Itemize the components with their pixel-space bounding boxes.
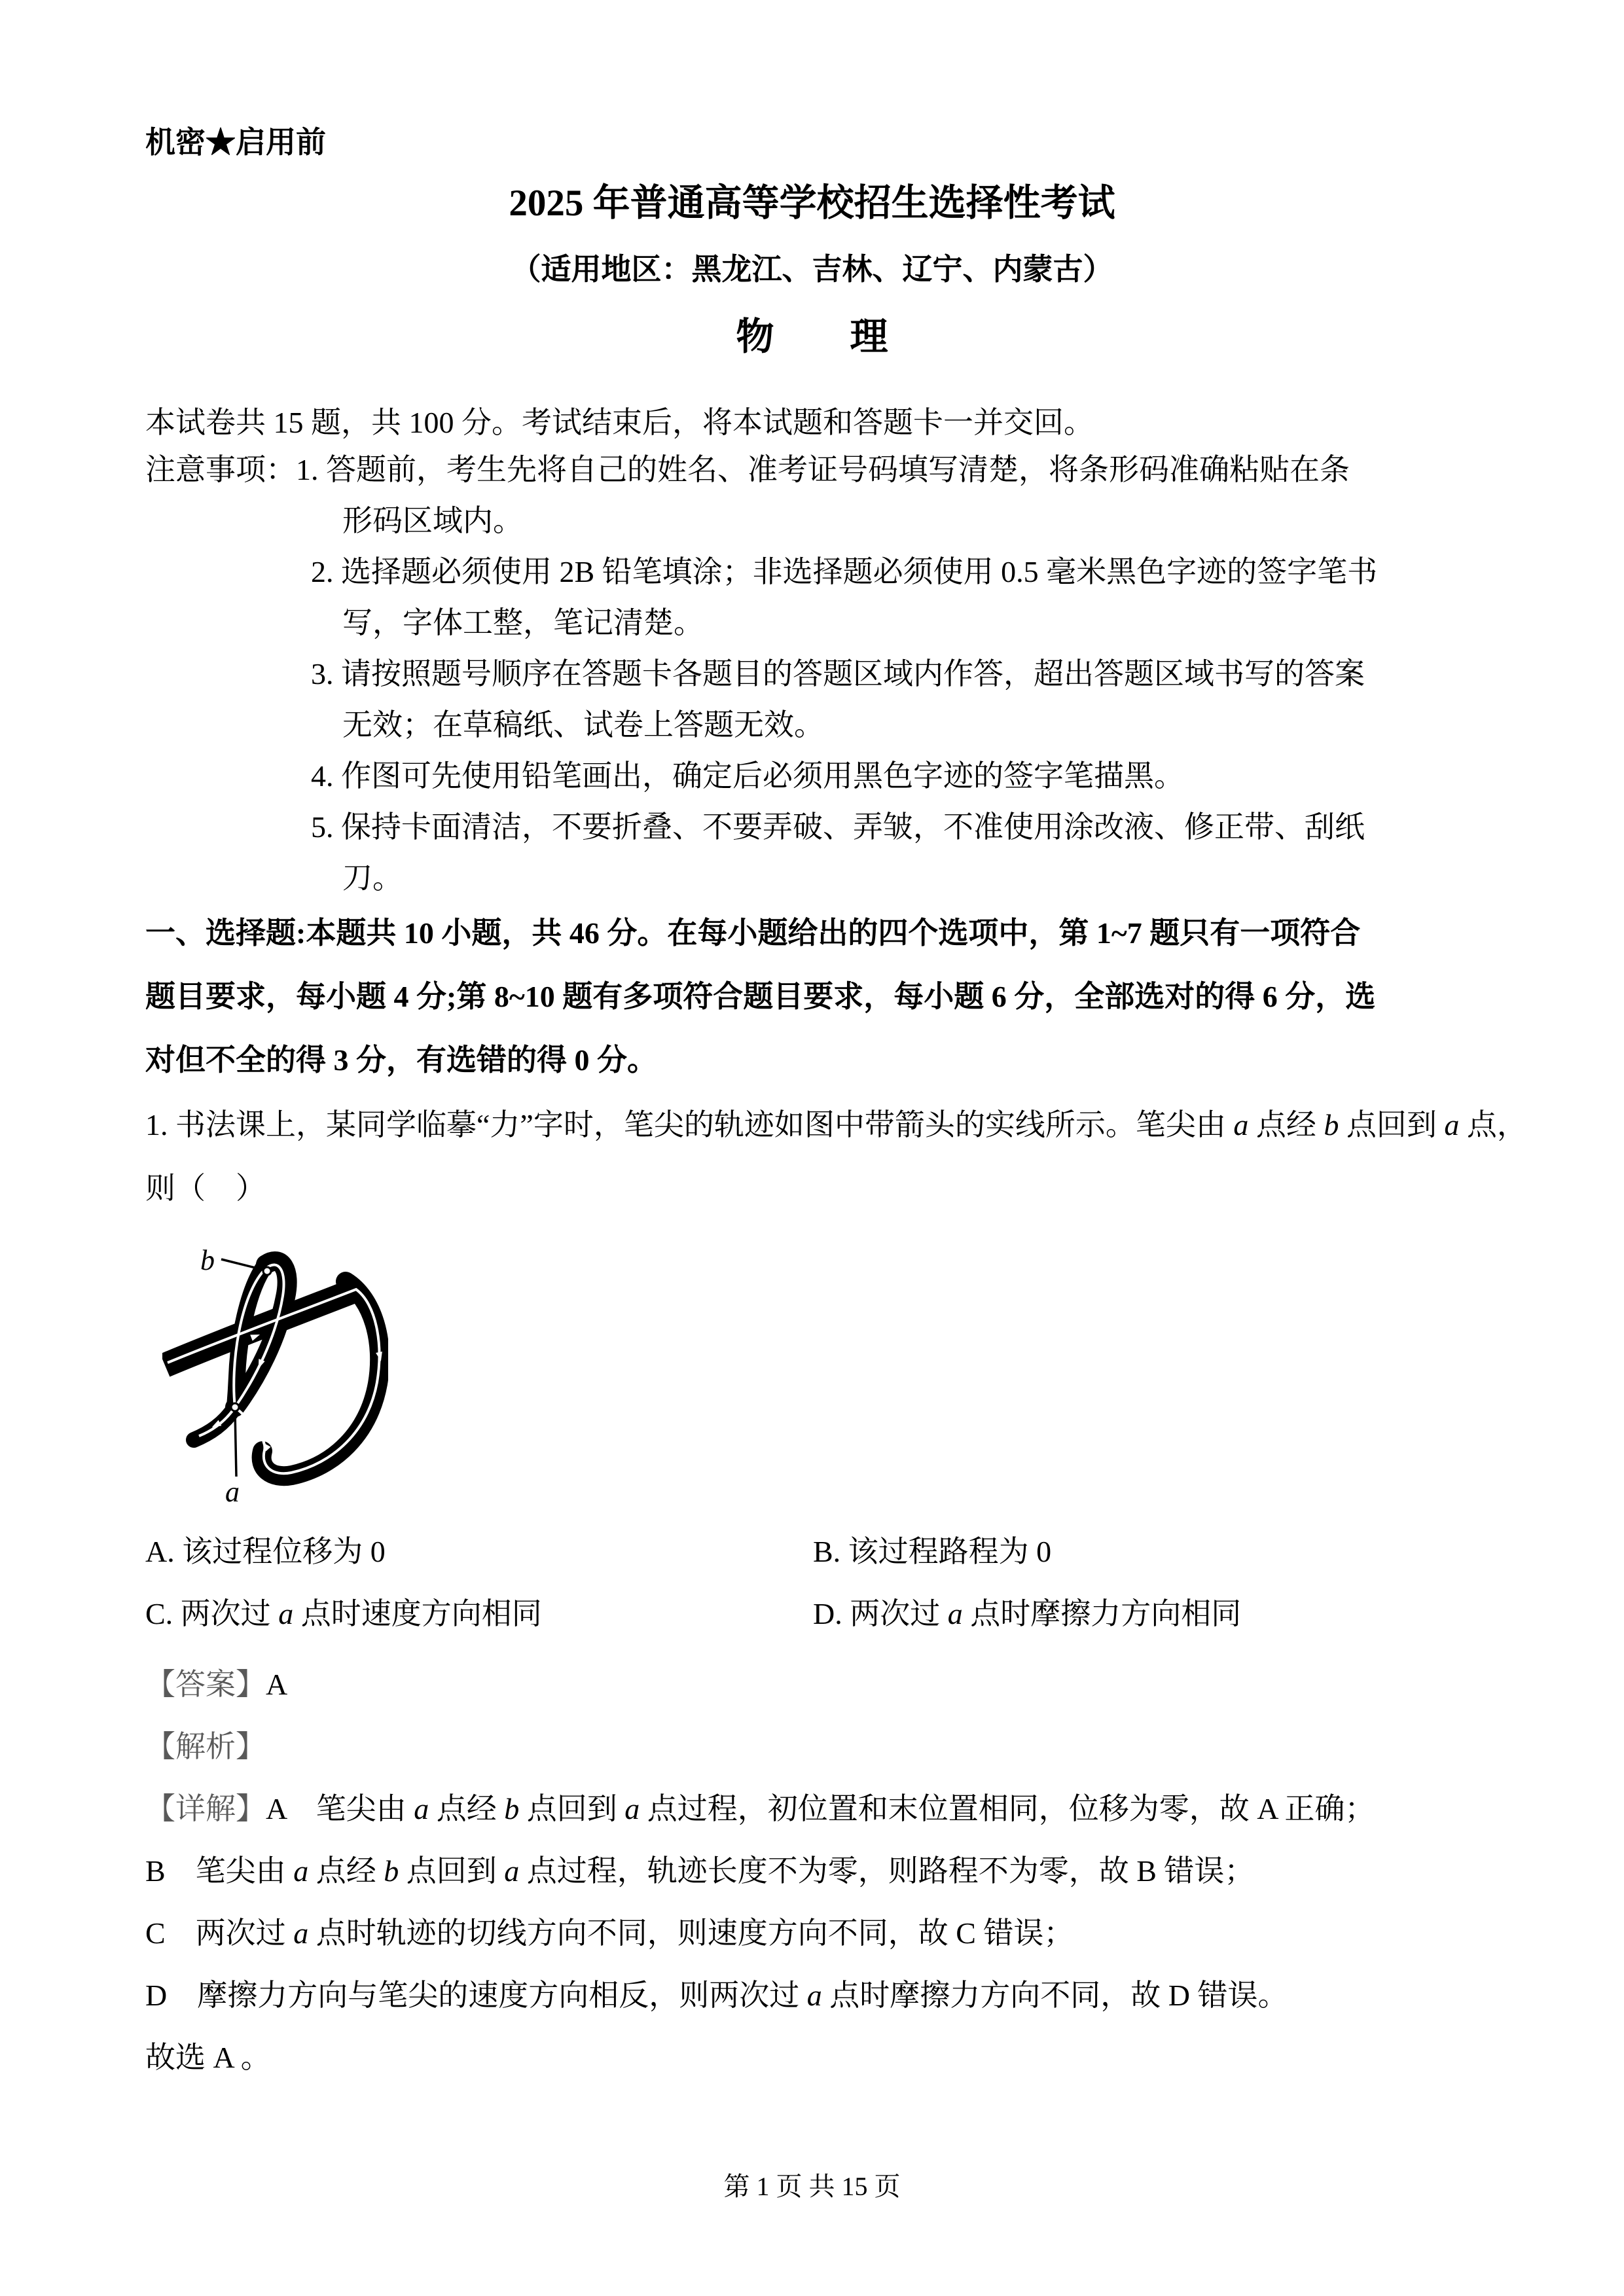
notice-line: 形码区域内。: [342, 504, 523, 539]
notice-line: 注意事项：1. 答题前，考生先将自己的姓名、准考证号码填写清楚，将条形码准确粘贴…: [145, 453, 1350, 488]
section-heading-line: 题目要求，每小题 4 分;第 8~10 题有多项符合题目要求，每小题 6 分，全…: [145, 980, 1375, 1014]
notice-line: 2. 选择题必须使用 2B 铅笔填涂；非选择题必须使用 0.5 毫米黑色字迹的签…: [311, 555, 1377, 590]
detail-line-b: B 笔尖由 a 点经 b 点回到 a 点过程，轨迹长度不为零，则路程不为零，故 …: [145, 1854, 1254, 1889]
analysis-line: 【解析】: [145, 1730, 266, 1765]
figure-label-b: b: [200, 1244, 215, 1276]
option-a: A. 该过程位移为 0: [145, 1535, 386, 1570]
li-character-figure: b a: [162, 1242, 388, 1504]
answer-label: 【答案】: [145, 1668, 266, 1701]
conclusion-line: 故选 A 。: [145, 2041, 271, 2075]
option-d: D. 两次过 a 点时摩擦力方向相同: [813, 1597, 1241, 1632]
section-heading-line: 对但不全的得 3 分，有选错的得 0 分。: [145, 1043, 657, 1078]
page-number: 第 1 页 共 15 页: [0, 2172, 1624, 2202]
detail-a-text: A 笔尖由 a 点经 b 点回到 a 点过程，初位置和末位置相同，位移为零，故 …: [266, 1792, 1375, 1825]
detail-line-a: 【详解】A 笔尖由 a 点经 b 点回到 a 点过程，初位置和末位置相同，位移为…: [145, 1792, 1375, 1827]
question-1-text: 1. 书法课上，某同学临摹“力”字时，笔尖的轨迹如图中带箭头的实线所示。笔尖由 …: [145, 1108, 1527, 1143]
classification-label: 机密★启用前: [145, 126, 326, 160]
notice-line: 3. 请按照题号顺序在答题卡各题目的答题区域内作答，超出答题区域书写的答案: [311, 657, 1365, 692]
subject-title: 物 理: [0, 315, 1624, 359]
answer-line: 【答案】A: [145, 1668, 287, 1702]
question-1-text-cont: 则（ ）: [145, 1172, 266, 1206]
detail-line-d: D 摩擦力方向与笔尖的速度方向相反，则两次过 a 点时摩擦力方向不同，故 D 错…: [145, 1979, 1288, 2013]
exam-paper-page: 机密★启用前 2025 年普通高等学校招生选择性考试 （适用地区：黑龙江、吉林、…: [0, 0, 1624, 2296]
figure-label-a: a: [225, 1476, 240, 1504]
detail-line-c: C 两次过 a 点时轨迹的切线方向不同，则速度方向不同，故 C 错误；: [145, 1916, 1074, 1951]
region-note: （适用地区：黑龙江、吉林、辽宁、内蒙古）: [0, 253, 1624, 287]
point-a-marker: [231, 1403, 239, 1411]
option-b: B. 该过程路程为 0: [813, 1535, 1051, 1570]
paper-title: 2025 年普通高等学校招生选择性考试: [0, 182, 1624, 225]
notice-line: 5. 保持卡面清洁，不要折叠、不要弄破、弄皱，不准使用涂改液、修正带、刮纸: [311, 810, 1365, 845]
notice-line: 写，字体工整，笔记清楚。: [342, 606, 704, 641]
analysis-label: 【解析】: [145, 1730, 266, 1763]
detail-label: 【详解】: [145, 1792, 266, 1825]
option-c: C. 两次过 a 点时速度方向相同: [145, 1597, 542, 1632]
intro-line: 本试卷共 15 题，共 100 分。考试结束后，将本试题和答题卡一并交回。: [145, 406, 1094, 440]
notice-line: 刀。: [342, 861, 403, 896]
section-heading-line: 一、选择题:本题共 10 小题，共 46 分。在每小题给出的四个选项中，第 1~…: [145, 916, 1360, 951]
point-b-marker: [263, 1267, 271, 1275]
notice-line: 无效；在草稿纸、试卷上答题无效。: [342, 708, 824, 743]
notice-line: 4. 作图可先使用铅笔画出，确定后必须用黑色字迹的签字笔描黑。: [311, 759, 1184, 794]
answer-value: A: [266, 1668, 287, 1701]
